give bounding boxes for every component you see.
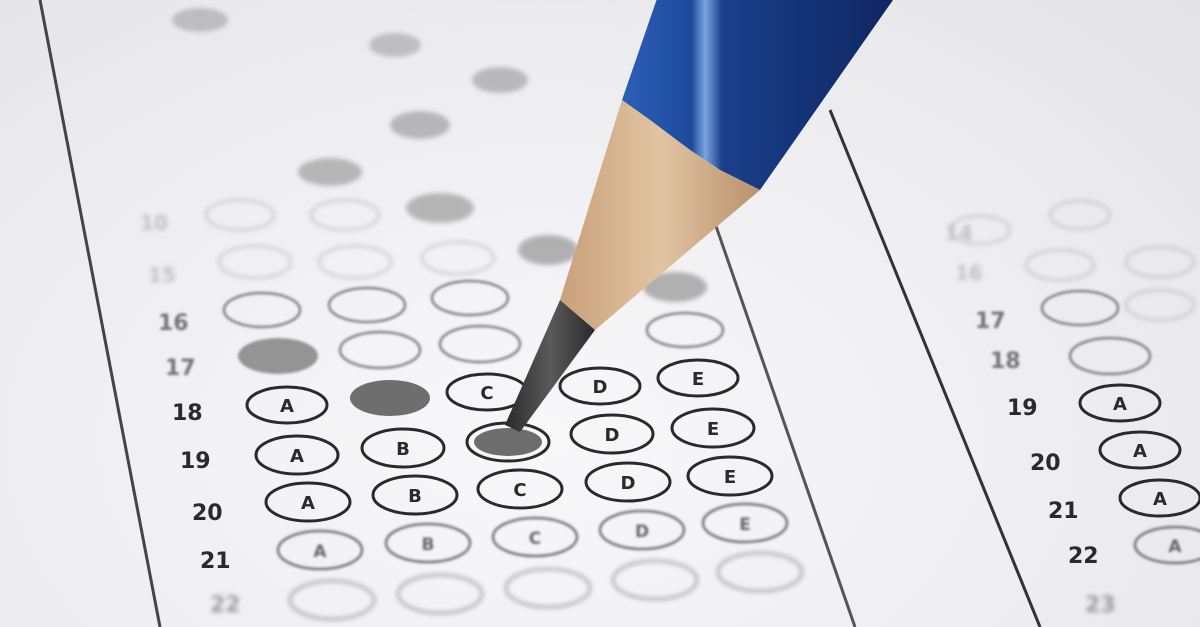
svg-text:A: A bbox=[290, 446, 304, 467]
svg-text:19: 19 bbox=[180, 449, 211, 474]
svg-text:E: E bbox=[739, 515, 751, 535]
svg-text:15: 15 bbox=[148, 263, 176, 287]
column-divider bbox=[700, 180, 855, 627]
svg-text:D: D bbox=[621, 473, 636, 494]
svg-text:A: A bbox=[1113, 394, 1127, 415]
svg-text:B: B bbox=[408, 486, 422, 507]
svg-text:D: D bbox=[605, 425, 620, 446]
svg-text:A: A bbox=[1133, 441, 1147, 462]
svg-text:20: 20 bbox=[1030, 451, 1061, 476]
svg-text:10: 10 bbox=[140, 211, 168, 235]
svg-text:B: B bbox=[396, 439, 410, 460]
column-divider bbox=[40, 0, 160, 627]
svg-text:18: 18 bbox=[990, 349, 1021, 374]
svg-text:E: E bbox=[707, 419, 719, 440]
blurred-rows-bottom-far: 22 23 bbox=[210, 553, 1116, 619]
svg-text:17: 17 bbox=[165, 356, 196, 381]
answer-sheet-photo: 10 15 14 16 16 17 17 bbox=[0, 0, 1200, 627]
svg-text:E: E bbox=[692, 369, 704, 390]
svg-text:A: A bbox=[313, 542, 327, 562]
blurred-rows-top: 10 15 14 16 bbox=[140, 8, 1194, 320]
svg-text:D: D bbox=[593, 377, 608, 398]
svg-text:22: 22 bbox=[1068, 544, 1099, 569]
svg-text:16: 16 bbox=[158, 311, 189, 336]
svg-text:C: C bbox=[513, 480, 526, 501]
svg-text:C: C bbox=[480, 383, 493, 404]
svg-text:C: C bbox=[529, 529, 541, 549]
svg-text:22: 22 bbox=[210, 593, 241, 618]
svg-text:23: 23 bbox=[1085, 593, 1116, 618]
svg-text:A: A bbox=[1168, 537, 1182, 557]
svg-text:21: 21 bbox=[200, 549, 231, 574]
svg-text:D: D bbox=[635, 522, 649, 542]
svg-text:20: 20 bbox=[192, 501, 223, 526]
bubble-sheet: 10 15 14 16 16 17 17 bbox=[0, 0, 1200, 627]
svg-text:17: 17 bbox=[975, 309, 1006, 334]
svg-text:A: A bbox=[1153, 489, 1167, 510]
svg-text:16: 16 bbox=[955, 261, 983, 285]
svg-text:A: A bbox=[280, 396, 294, 417]
svg-text:E: E bbox=[724, 467, 736, 488]
svg-text:14: 14 bbox=[945, 221, 973, 245]
svg-text:B: B bbox=[422, 535, 435, 555]
svg-text:18: 18 bbox=[172, 401, 203, 426]
svg-text:21: 21 bbox=[1048, 499, 1079, 524]
svg-text:A: A bbox=[301, 493, 315, 514]
svg-text:19: 19 bbox=[1007, 396, 1038, 421]
